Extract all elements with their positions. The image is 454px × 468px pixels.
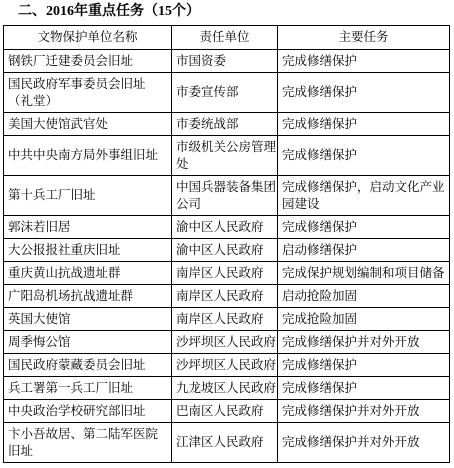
table-row: 美国大使馆武官处市委统战部完成修缮保护: [4, 113, 450, 136]
main-task-cell: 完成修缮保护: [278, 354, 450, 377]
responsible-unit-cell: 市级机关公房管理处: [172, 136, 278, 176]
site-name-cell: 卞小吾故居、第二陆军医院旧址: [4, 423, 172, 463]
site-name-cell: 中央政治学校研究部旧址: [4, 400, 172, 423]
document-page: 二、2016年重点任务（15个） 文物保护单位名称 责任单位 主要任务 钢铁厂迁…: [0, 0, 454, 468]
main-task-cell: 完成保护规划编制和项目储备: [278, 262, 450, 285]
table-row: 兵工署第一兵工厂旧址九龙坡区人民政府完成修缮保护: [4, 377, 450, 400]
table-row: 重庆黄山抗战遗址群南岸区人民政府完成保护规划编制和项目储备: [4, 262, 450, 285]
table-row: 钢铁厂迁建委员会旧址市国资委完成修缮保护: [4, 50, 450, 73]
site-name-cell: 英国大使馆: [4, 308, 172, 331]
responsible-unit-cell: 南岸区人民政府: [172, 285, 278, 308]
site-name-cell: 广阳岛机场抗战遗址群: [4, 285, 172, 308]
main-task-cell: 完成修缮保护: [278, 377, 450, 400]
key-tasks-table: 文物保护单位名称 责任单位 主要任务 钢铁厂迁建委员会旧址市国资委完成修缮保护国…: [3, 25, 450, 463]
table-row: 国民政府军事委员会旧址（礼堂）市委宣传部完成修缮保护: [4, 73, 450, 113]
site-name-cell: 大公报报社重庆旧址: [4, 239, 172, 262]
table-row: 郭沫若旧居渝中区人民政府完成修缮保护: [4, 216, 450, 239]
main-task-cell: 完成修缮保护，启动文化产业园建设: [278, 176, 450, 216]
main-task-cell: 完成修缮保护并对外开放: [278, 331, 450, 354]
table-row: 中共中央南方局外事组旧址市级机关公房管理处完成修缮保护: [4, 136, 450, 176]
header-row: 文物保护单位名称 责任单位 主要任务: [4, 26, 450, 50]
table-row: 卞小吾故居、第二陆军医院旧址江津区人民政府完成修缮保护并对外开放: [4, 423, 450, 463]
table-row: 第十兵工厂旧址中国兵器装备集团公司完成修缮保护，启动文化产业园建设: [4, 176, 450, 216]
site-name-cell: 国民政府蒙藏委员会旧址: [4, 354, 172, 377]
responsible-unit-cell: 九龙坡区人民政府: [172, 377, 278, 400]
responsible-unit-cell: 南岸区人民政府: [172, 262, 278, 285]
section-title: 二、2016年重点任务（15个）: [0, 0, 454, 25]
responsible-unit-cell: 中国兵器装备集团公司: [172, 176, 278, 216]
responsible-unit-cell: 市国资委: [172, 50, 278, 73]
main-task-cell: 完成修缮保护: [278, 73, 450, 113]
table-row: 广阳岛机场抗战遗址群南岸区人民政府启动抢险加固: [4, 285, 450, 308]
table-row: 国民政府蒙藏委员会旧址沙坪坝区人民政府完成修缮保护: [4, 354, 450, 377]
table-body: 钢铁厂迁建委员会旧址市国资委完成修缮保护国民政府军事委员会旧址（礼堂）市委宣传部…: [4, 50, 450, 463]
table-row: 中央政治学校研究部旧址巴南区人民政府完成修缮保护并对外开放: [4, 400, 450, 423]
site-name-cell: 周季悔公馆: [4, 331, 172, 354]
main-task-cell: 完成修缮保护: [278, 50, 450, 73]
header-main-task: 主要任务: [278, 26, 450, 50]
site-name-cell: 美国大使馆武官处: [4, 113, 172, 136]
main-task-cell: 完成修缮保护: [278, 136, 450, 176]
responsible-unit-cell: 巴南区人民政府: [172, 400, 278, 423]
table-row: 大公报报社重庆旧址渝中区人民政府启动修缮保护: [4, 239, 450, 262]
responsible-unit-cell: 沙坪坝区人民政府: [172, 331, 278, 354]
main-task-cell: 启动抢险加固: [278, 285, 450, 308]
responsible-unit-cell: 市委宣传部: [172, 73, 278, 113]
responsible-unit-cell: 渝中区人民政府: [172, 216, 278, 239]
main-task-cell: 完成修缮保护并对外开放: [278, 423, 450, 463]
site-name-cell: 第十兵工厂旧址: [4, 176, 172, 216]
table-header: 文物保护单位名称 责任单位 主要任务: [4, 26, 450, 50]
main-task-cell: 启动修缮保护: [278, 239, 450, 262]
responsible-unit-cell: 渝中区人民政府: [172, 239, 278, 262]
responsible-unit-cell: 南岸区人民政府: [172, 308, 278, 331]
table-row: 英国大使馆南岸区人民政府完成抢险加固: [4, 308, 450, 331]
site-name-cell: 兵工署第一兵工厂旧址: [4, 377, 172, 400]
header-site-name: 文物保护单位名称: [4, 26, 172, 50]
main-task-cell: 完成修缮保护: [278, 113, 450, 136]
header-responsible-unit: 责任单位: [172, 26, 278, 50]
site-name-cell: 重庆黄山抗战遗址群: [4, 262, 172, 285]
responsible-unit-cell: 沙坪坝区人民政府: [172, 354, 278, 377]
main-task-cell: 完成抢险加固: [278, 308, 450, 331]
site-name-cell: 中共中央南方局外事组旧址: [4, 136, 172, 176]
site-name-cell: 钢铁厂迁建委员会旧址: [4, 50, 172, 73]
responsible-unit-cell: 市委统战部: [172, 113, 278, 136]
site-name-cell: 郭沫若旧居: [4, 216, 172, 239]
main-task-cell: 完成修缮保护: [278, 216, 450, 239]
site-name-cell: 国民政府军事委员会旧址（礼堂）: [4, 73, 172, 113]
main-task-cell: 完成修缮保护并对外开放: [278, 400, 450, 423]
responsible-unit-cell: 江津区人民政府: [172, 423, 278, 463]
table-row: 周季悔公馆沙坪坝区人民政府完成修缮保护并对外开放: [4, 331, 450, 354]
